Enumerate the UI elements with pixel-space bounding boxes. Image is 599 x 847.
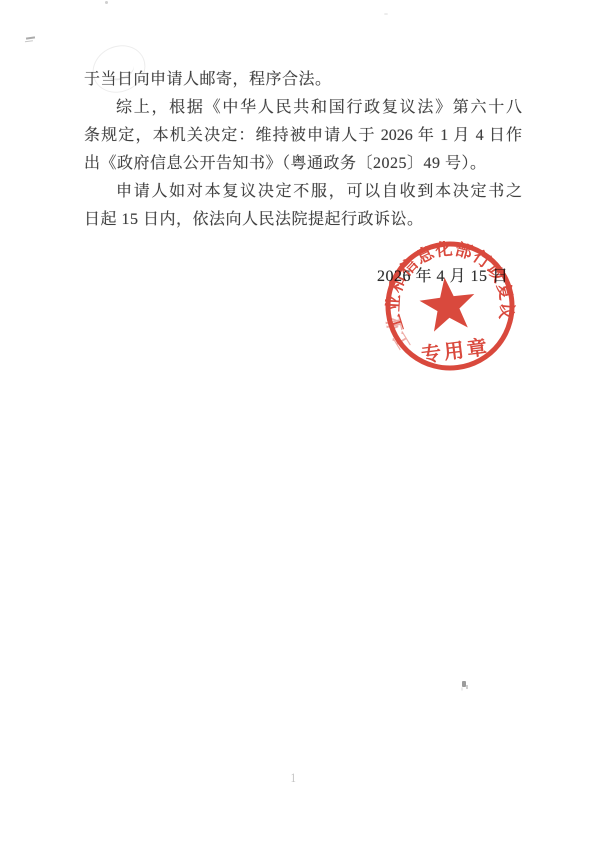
body-line: 申请人如对本复议决定不服，可以自收到本决定书之 bbox=[84, 178, 522, 206]
page-number-mark: 1 bbox=[291, 770, 296, 786]
seal-org-text: 工业和信息化部行政复议 bbox=[376, 231, 520, 338]
body-line: 日起 15 日内，依法向人民法院提起行政诉讼。 bbox=[84, 206, 522, 234]
scan-speckle bbox=[384, 13, 388, 15]
official-seal: 工业 工业和信息化部行政复议 专用章 bbox=[375, 231, 525, 381]
seal-star-icon bbox=[417, 274, 478, 333]
body-line: 于当日向申请人邮寄，程序合法。 bbox=[84, 66, 522, 94]
document-body: 于当日向申请人邮寄，程序合法。 综上，根据《中华人民共和国行政复议法》第六十八 … bbox=[84, 66, 522, 234]
scan-speckle bbox=[462, 681, 466, 687]
body-line: 综上，根据《中华人民共和国行政复议法》第六十八 bbox=[84, 94, 522, 122]
scanned-document-page: 1 于当日向申请人邮寄，程序合法。 综上，根据《中华人民共和国行政复议法》第六十… bbox=[0, 0, 599, 847]
body-line: 条规定，本机关决定：维持被申请人于 2026 年 1 月 4 日作 bbox=[84, 122, 522, 150]
svg-text:工业和信息化部行政复议: 工业和信息化部行政复议 bbox=[376, 231, 520, 338]
scan-speckle bbox=[26, 36, 35, 39]
scan-speckle bbox=[105, 1, 108, 4]
body-line: 出《政府信息公开告知书》（粤通政务〔2025〕49 号）。 bbox=[84, 150, 522, 178]
